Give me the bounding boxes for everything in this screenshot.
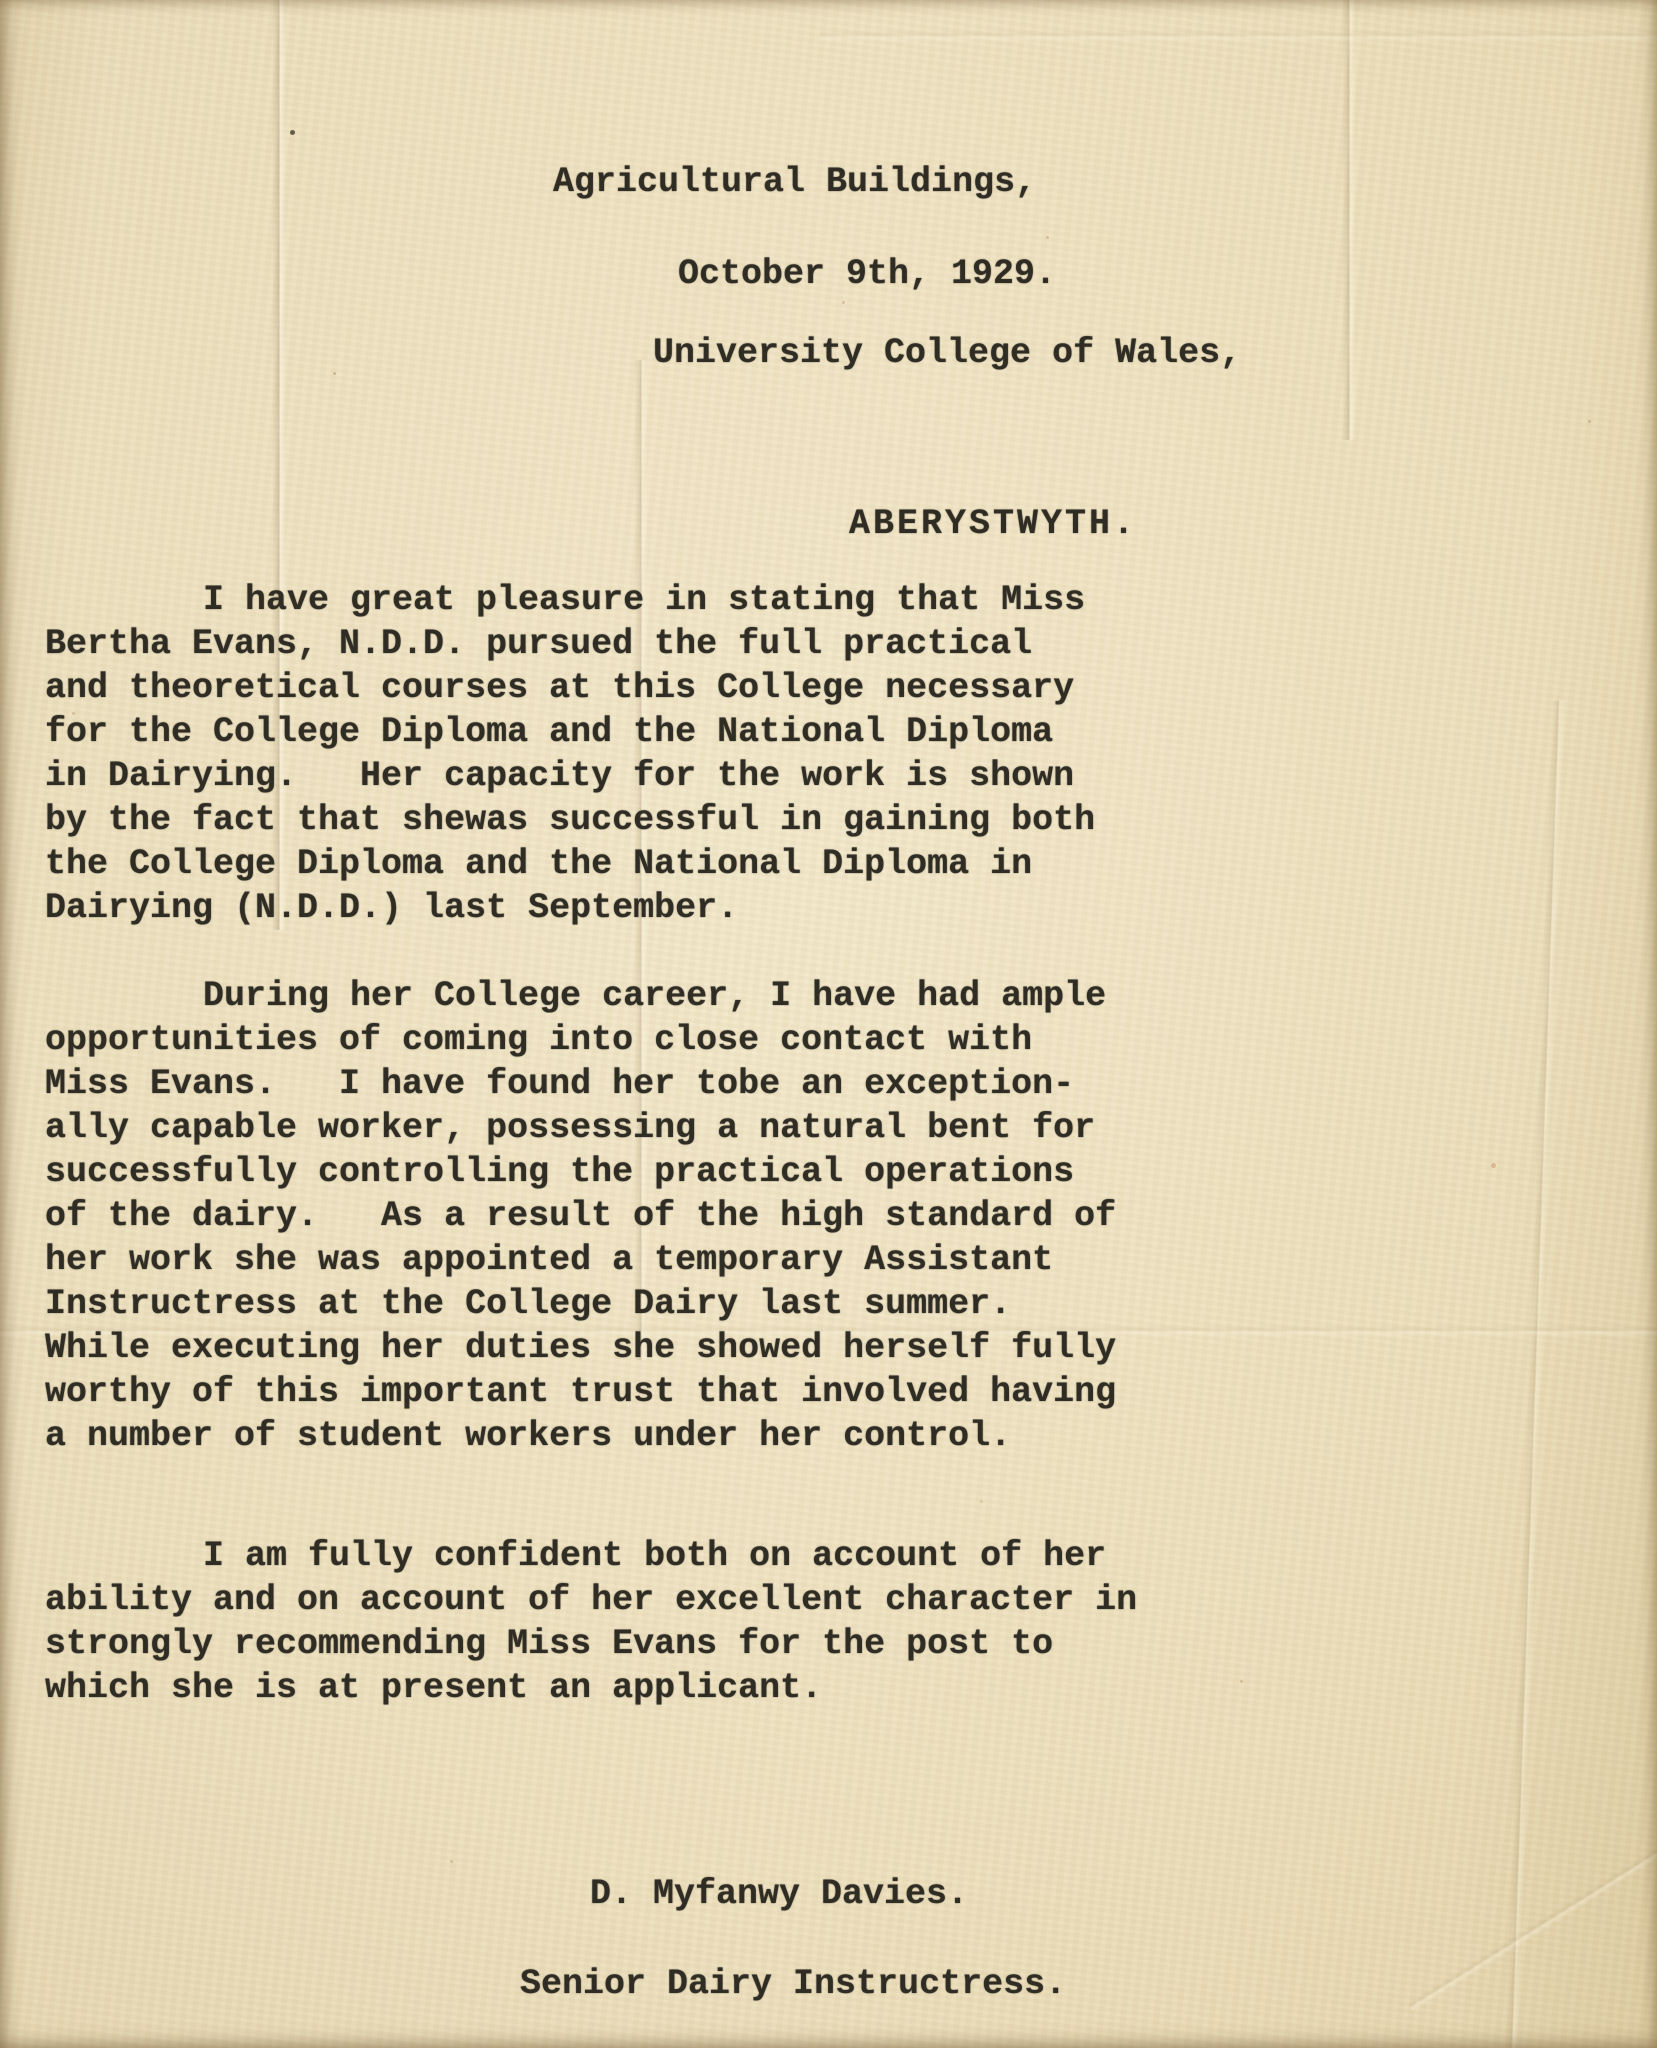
signature-name: D. Myfanwy Davies. [590, 1872, 968, 1916]
letter-paragraph: During her College career, I have had am… [45, 974, 1235, 1458]
letter-document: Agricultural Buildings, University Colle… [0, 0, 1657, 2048]
sender-address: Agricultural Buildings, University Colle… [553, 40, 1241, 667]
paper-crease [1504, 700, 1565, 2048]
letter-date: October 9th, 1929. [678, 252, 1056, 296]
signature-title: Senior Dairy Instructress. [520, 1962, 1066, 2006]
paper-crease [1407, 1790, 1657, 2012]
sender-address-line: Agricultural Buildings, [553, 154, 1241, 211]
letter-paragraph: I have great pleasure in stating that Mi… [45, 578, 1235, 930]
sender-address-line: ABERYSTWYTH. [849, 496, 1241, 553]
sender-address-line: University College of Wales, [653, 325, 1241, 382]
letter-paragraph: I am fully confident both on account of … [45, 1534, 1235, 1710]
paper-crease [1342, 0, 1356, 440]
